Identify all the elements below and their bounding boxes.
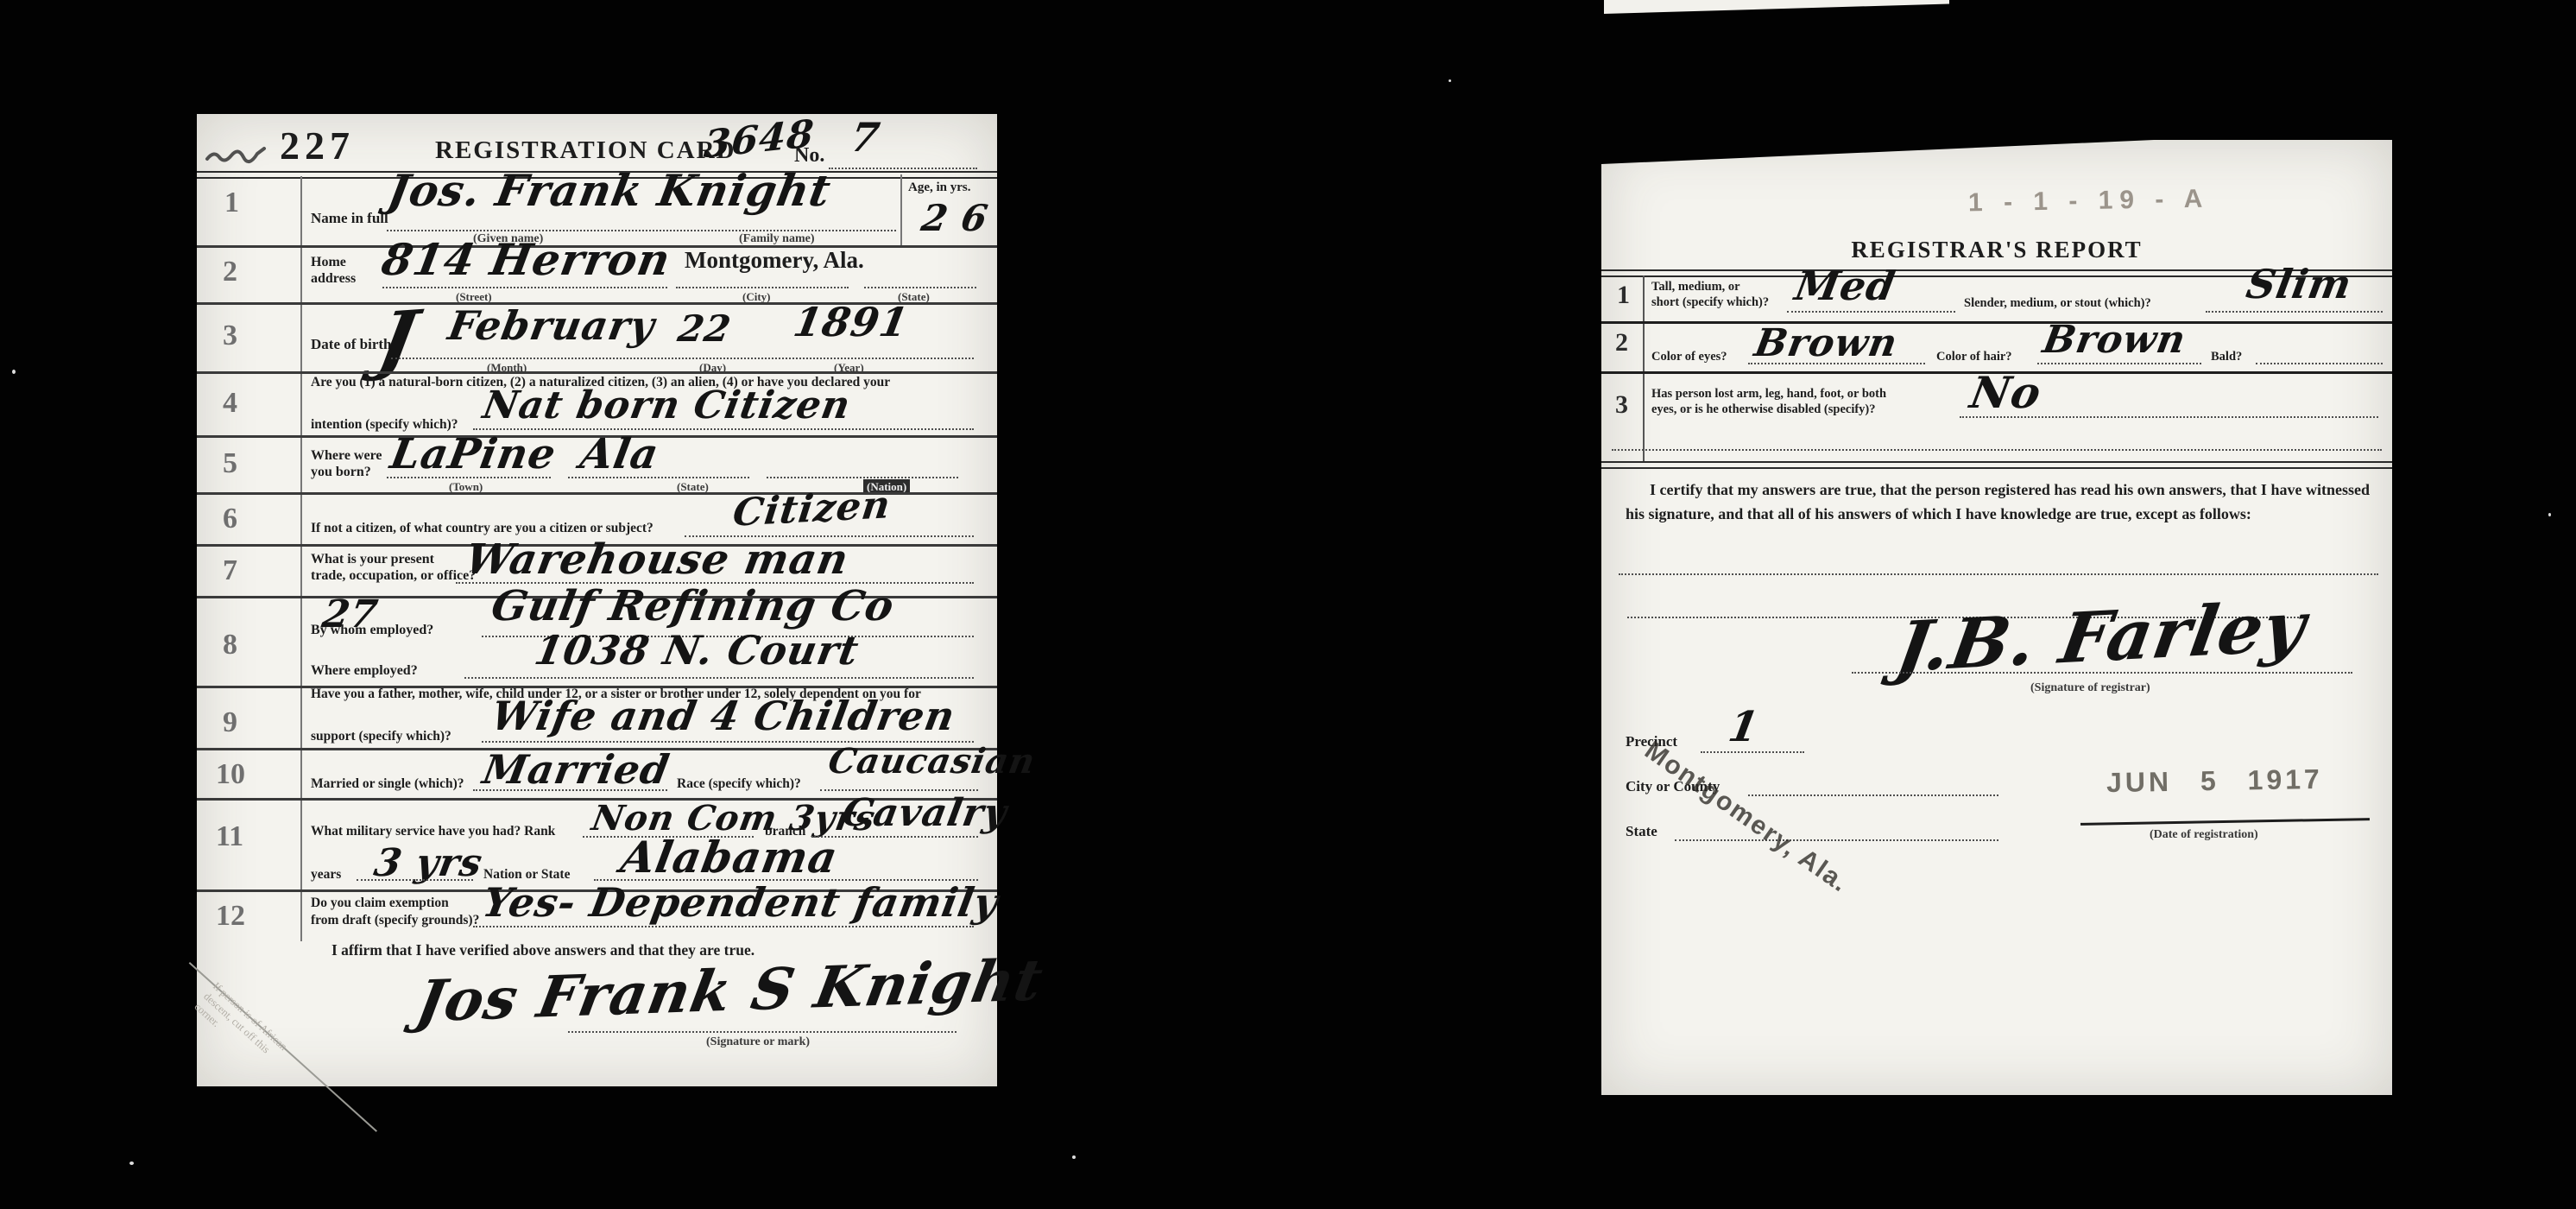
- dotted-line: [864, 287, 976, 288]
- age-column-line: [900, 174, 902, 245]
- date-sublabel: (Date of registration): [2150, 829, 2258, 841]
- street-sublabel: (Street): [456, 291, 492, 302]
- age-label: Age, in yrs.: [908, 181, 971, 194]
- town-sublabel: (Town): [449, 481, 483, 492]
- no-value-handwriting: 7: [848, 117, 883, 157]
- dotted-line: [1787, 311, 1955, 313]
- hair-handwriting: Brown: [2040, 321, 2188, 359]
- height-label-line2: short (specify which)?: [1651, 296, 1769, 309]
- dependents-handwriting: Wife and 4 Children: [489, 696, 958, 736]
- dotted-line: [382, 287, 667, 288]
- field-number: 4: [223, 389, 237, 418]
- no-label: No.: [794, 145, 824, 166]
- country-answer-handwriting: Citizen: [731, 486, 893, 532]
- row-rule: [197, 371, 997, 374]
- registrar-signature-handwriting: J.B. Farley: [1891, 592, 2310, 681]
- field-number: 7: [223, 556, 237, 586]
- dust-speck: [1072, 1155, 1076, 1159]
- trade-handwriting: Warehouse man: [463, 539, 852, 580]
- pen-scribble-mark: [204, 145, 290, 168]
- born-label-line1: Where were: [311, 449, 382, 463]
- dotted-line: [767, 477, 958, 478]
- dob-month-handwriting: February: [445, 306, 658, 345]
- born-label-line2: you born?: [311, 465, 371, 479]
- years-handwriting: 3 yrs: [371, 845, 485, 883]
- married-handwriting: Married: [480, 750, 672, 789]
- signature-sublabel: (Signature or mark): [706, 1036, 810, 1048]
- dotted-line: [1748, 363, 1925, 364]
- name-label: Name in full: [311, 211, 388, 225]
- disability-label-line1: Has person lost arm, leg, hand, foot, or…: [1651, 388, 1886, 401]
- dotted-line: [568, 477, 749, 478]
- dotted-line: [1960, 416, 2378, 418]
- state-sublabel: (State): [677, 481, 709, 492]
- field-number: 1: [224, 188, 239, 218]
- exemption-label-line2: from draft (specify grounds)?: [311, 914, 479, 927]
- field-number: 5: [223, 449, 237, 478]
- number-column-line: [300, 176, 302, 941]
- field-number: 10: [216, 760, 245, 789]
- citizen-answer-handwriting: Nat born Citizen: [480, 387, 853, 425]
- address-label: address: [311, 272, 356, 286]
- branch-handwriting: Cavalry: [839, 794, 1010, 832]
- field-number: 6: [223, 504, 237, 534]
- affirmation-text: I affirm that I have verified above answ…: [331, 943, 754, 959]
- height-label-line1: Tall, medium, or: [1651, 281, 1740, 294]
- dotted-line: [473, 926, 974, 927]
- race-handwriting: Caucasian: [825, 744, 1038, 779]
- dust-speck: [12, 370, 16, 374]
- card-serial-number: 227: [280, 126, 355, 166]
- field-number: 8: [223, 630, 237, 660]
- registrars-report-card: 1 - 1 - 19 - A REGISTRAR'S REPORT 1 Tall…: [1601, 140, 2392, 1095]
- military-rank-label: What military service have you had? Rank: [311, 825, 555, 839]
- precinct-handwriting: 1: [1726, 706, 1763, 748]
- disability-handwriting: No: [1967, 371, 2045, 415]
- dotted-line: [1675, 839, 1998, 841]
- trade-label-line2: trade, occupation, or office?: [311, 569, 476, 583]
- where-employed-label: Where employed?: [311, 664, 418, 678]
- registrant-signature-handwriting: Jos Frank S Knight: [413, 951, 1048, 1029]
- dotted-line: [1619, 573, 2378, 575]
- classification-stamp: 1 - 1 - 19 - A: [1968, 187, 2210, 217]
- scanned-document-page: 227 REGISTRATION CARD 3648 No. 7 1 Name …: [0, 0, 2576, 1209]
- city-sublabel: (City): [742, 291, 771, 302]
- born-town-handwriting: LaPine: [388, 434, 559, 475]
- exemption-label-line1: Do you claim exemption: [311, 896, 449, 910]
- build-label: Slender, medium, or stout (which)?: [1964, 297, 2151, 310]
- dust-speck: [1449, 79, 1451, 82]
- state-label: State: [1626, 824, 1657, 839]
- rank-handwriting: Non Com 3yrs: [589, 801, 878, 836]
- dotted-line: [1612, 449, 2382, 451]
- report-title: REGISTRAR'S REPORT: [1601, 238, 2392, 262]
- dotted-line: [2037, 363, 2201, 364]
- dotted-line: [1701, 751, 1804, 753]
- number-column-line: [1643, 275, 1645, 462]
- dotted-line: [676, 287, 849, 288]
- born-state-handwriting: Ala: [578, 434, 662, 475]
- row-rule: [1601, 461, 2392, 469]
- dust-speck: [2548, 513, 2551, 516]
- employer-handwriting: Gulf Refining Co: [489, 586, 898, 627]
- certification-text: I certify that my answers are true, that…: [1626, 478, 2370, 526]
- eyes-label: Color of eyes?: [1651, 351, 1727, 364]
- trade-label-line1: What is your present: [311, 553, 434, 567]
- dotted-line: [391, 358, 974, 359]
- city-state-printed: Montgomery, Ala.: [685, 249, 864, 272]
- height-handwriting: Med: [1792, 266, 1898, 306]
- dotted-line: [1852, 672, 2352, 674]
- home-label: Home: [311, 256, 346, 269]
- dotted-line: [357, 879, 473, 881]
- exemption-handwriting: Yes- Dependent family: [480, 883, 1001, 922]
- dotted-line: [2256, 363, 2383, 364]
- dotted-line: [829, 168, 977, 169]
- eyes-handwriting: Brown: [1752, 325, 1900, 363]
- nation-state-handwriting: Alabama: [618, 836, 842, 879]
- scan-edge-sliver: [1604, 0, 1949, 14]
- address-handwriting: 814 Herron: [379, 238, 674, 282]
- scan-cut-wedge: [1601, 140, 2154, 164]
- registration-card: 227 REGISTRATION CARD 3648 No. 7 1 Name …: [197, 114, 997, 1086]
- field-number: 2: [1615, 330, 1628, 356]
- dotted-line: [568, 1031, 957, 1033]
- dotted-line: [1748, 794, 1998, 796]
- family-name-sublabel: (Family name): [739, 233, 814, 245]
- city-stamp: Montgomery, Ala.: [1640, 737, 1853, 897]
- race-label: Race (specify which)?: [677, 777, 801, 791]
- field-number: 11: [216, 822, 243, 851]
- dotted-line: [387, 230, 896, 231]
- corner-cut-note: If person is of African descent, cut off…: [192, 979, 295, 1079]
- field-number: 2: [223, 257, 237, 287]
- employer-label: By whom employed?: [311, 623, 433, 637]
- dotted-line: [473, 789, 667, 791]
- age-handwriting: 2 6: [919, 200, 990, 237]
- card-title: REGISTRATION CARD: [435, 138, 736, 163]
- dotted-line: [387, 477, 551, 478]
- years-label: years: [311, 868, 341, 882]
- dotted-line: [464, 677, 974, 679]
- dependents-question-line2: support (specify which)?: [311, 730, 451, 744]
- date-line: [2080, 818, 2370, 826]
- name-handwriting: Jos. Frank Knight: [385, 169, 835, 212]
- married-label: Married or single (which)?: [311, 777, 464, 791]
- hair-label: Color of hair?: [1936, 351, 2012, 364]
- where-employed-handwriting: 1038 N. Court: [532, 630, 862, 670]
- disability-label-line2: eyes, or is he otherwise disabled (speci…: [1651, 403, 1876, 416]
- row-rule: [1601, 321, 2392, 324]
- field-number: 3: [1615, 392, 1628, 418]
- bald-label: Bald?: [2211, 351, 2242, 364]
- country-question-label: If not a citizen, of what country are yo…: [311, 522, 653, 535]
- dob-day-handwriting: 22: [675, 311, 734, 347]
- dob-year-handwriting: 1891: [791, 302, 912, 342]
- dust-speck: [129, 1162, 134, 1165]
- dotted-line: [2206, 311, 2383, 313]
- field-number: 1: [1617, 282, 1630, 308]
- field-number: 3: [223, 321, 237, 351]
- build-handwriting: Slim: [2244, 264, 2355, 304]
- registrar-signature-sublabel: (Signature of registrar): [2030, 682, 2150, 694]
- field-number: 9: [223, 708, 237, 737]
- dob-flourish-handwriting: J: [373, 301, 423, 378]
- field-number: 12: [216, 902, 245, 931]
- date-stamp: JUN 5 1917: [2106, 765, 2323, 796]
